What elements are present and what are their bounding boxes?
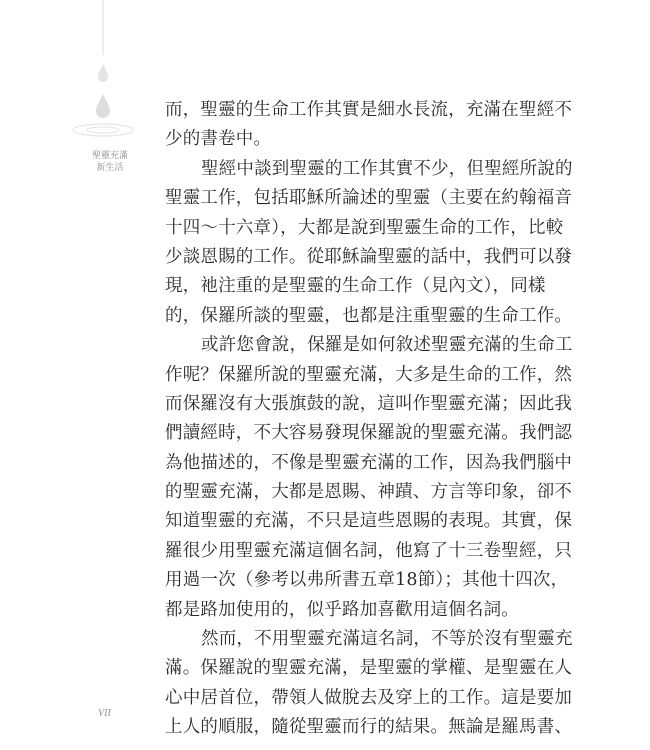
text-line: 都是路加使用的，似乎路加喜歡用這個名詞。 [165, 596, 521, 625]
paragraph-start-line: 聖經中談到聖靈的工作其實不少，但聖經所說的 [165, 155, 521, 184]
text-line: 現，祂注重的是聖靈的生命工作（見內文），同樣 [165, 272, 521, 301]
text-line: 上人的順服，隨從聖靈而行的結果。無論是羅馬書、 [165, 713, 521, 742]
text-line: 十四～十六章），大都是說到聖靈生命的工作，比較 [165, 214, 521, 243]
text-line: 的，保羅所談的聖靈，也都是注重聖靈的生命工作。 [165, 302, 521, 331]
text-line: 們讀經時，不大容易發現保羅說的聖靈充滿。我們認 [165, 419, 521, 448]
text-line: 知道聖靈的充滿，不只是這些恩賜的表現。其實，保 [165, 507, 521, 536]
text-line: 少的書卷中。 [165, 125, 521, 154]
side-book-title-line1: 聖靈充滿 [60, 150, 160, 162]
text-line: 少談恩賜的工作。從耶穌論聖靈的話中，我們可以發 [165, 243, 521, 272]
body-text: 而，聖靈的生命工作其實是細水長流，充滿在聖經不 少的書卷中。 聖經中談到聖靈的工… [165, 96, 521, 743]
paragraph-start-line: 或許您會說，保羅是如何敘述聖靈充滿的生命工 [165, 331, 521, 360]
page-number: VII [98, 708, 111, 719]
text-line: 的聖靈充滿，大都是恩賜、神蹟、方言等印象，卻不 [165, 478, 521, 507]
text-line: 而保羅沒有大張旗鼓的說，這叫作聖靈充滿；因此我 [165, 390, 521, 419]
text-line: 滿。保羅說的聖靈充滿，是聖靈的掌權、是聖靈在人 [165, 654, 521, 683]
text-line: 而，聖靈的生命工作其實是細水長流，充滿在聖經不 [165, 96, 521, 125]
text-line: 用過一次（參考以弗所書五章18節）；其他十四次， [165, 566, 521, 595]
text-line: 作呢？保羅所說的聖靈充滿，大多是生命的工作，然 [165, 361, 521, 390]
text-line: 羅很少用聖靈充滿這個名詞，他寫了十三卷聖經，只 [165, 537, 521, 566]
text-line: 為他描述的，不像是聖靈充滿的工作，因為我們腦中 [165, 449, 521, 478]
text-line: 聖靈工作，包括耶穌所論述的聖靈（主要在約翰福音 [165, 184, 521, 213]
paragraph-start-line: 然而，不用聖靈充滿這名詞，不等於沒有聖靈充 [165, 625, 521, 654]
text-line: 心中居首位，帶領人做脫去及穿上的工作。這是要加 [165, 684, 521, 713]
side-book-title-line2: 新生活 [60, 162, 160, 174]
